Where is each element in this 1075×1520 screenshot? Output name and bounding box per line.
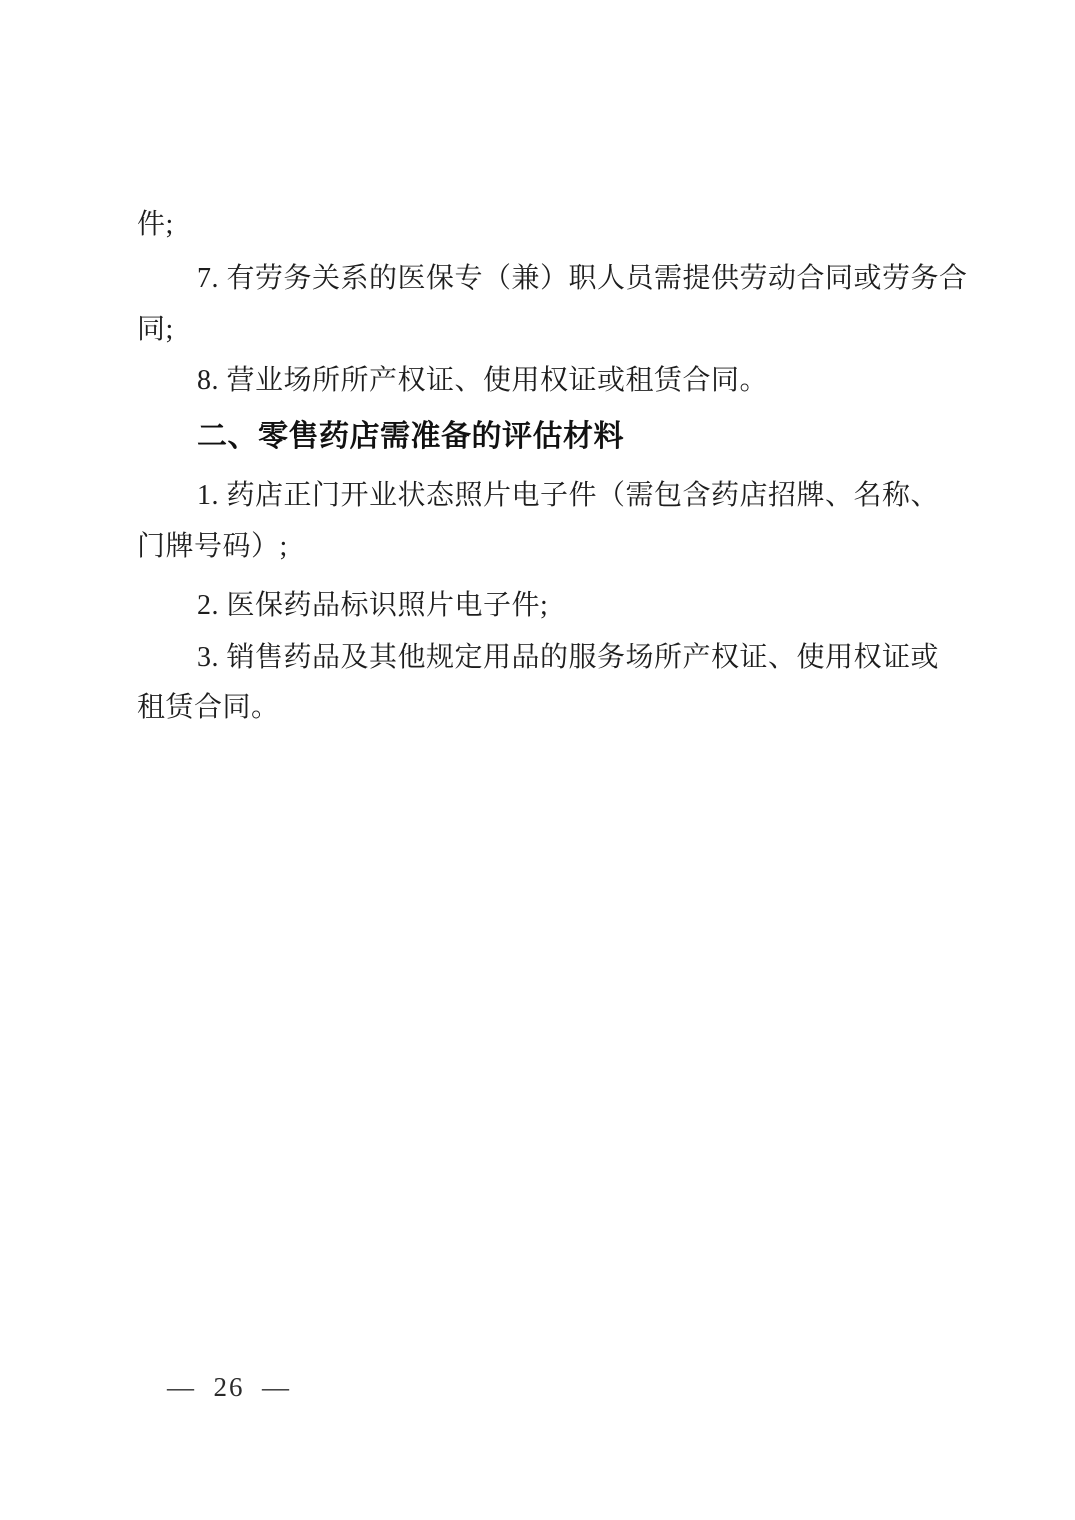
body-line-continuation-jian: 件; [137,209,174,241]
list-item-7: 7. 有劳务关系的医保专（兼）职人员需提供劳动合同或劳务合 [197,263,968,295]
list-item-1: 1. 药店正门开业状态照片电子件（需包含药店招牌、名称、 [197,480,939,512]
document-page: 件; 7. 有劳务关系的医保专（兼）职人员需提供劳动合同或劳务合 同; 8. 营… [0,0,1075,1520]
body-line-continuation-zulin: 租赁合同。 [137,692,280,724]
page-number: — 26 — [167,1372,291,1403]
body-line-continuation-menpai: 门牌号码）; [137,531,288,563]
list-item-2: 2. 医保药品标识照片电子件; [197,590,548,622]
section-heading: 二、零售药店需准备的评估材料 [197,420,624,455]
list-item-3: 3. 销售药品及其他规定用品的服务场所产权证、使用权证或 [197,642,939,674]
body-line-continuation-tong: 同; [137,314,174,346]
list-item-8: 8. 营业场所所产权证、使用权证或租赁合同。 [197,365,768,397]
